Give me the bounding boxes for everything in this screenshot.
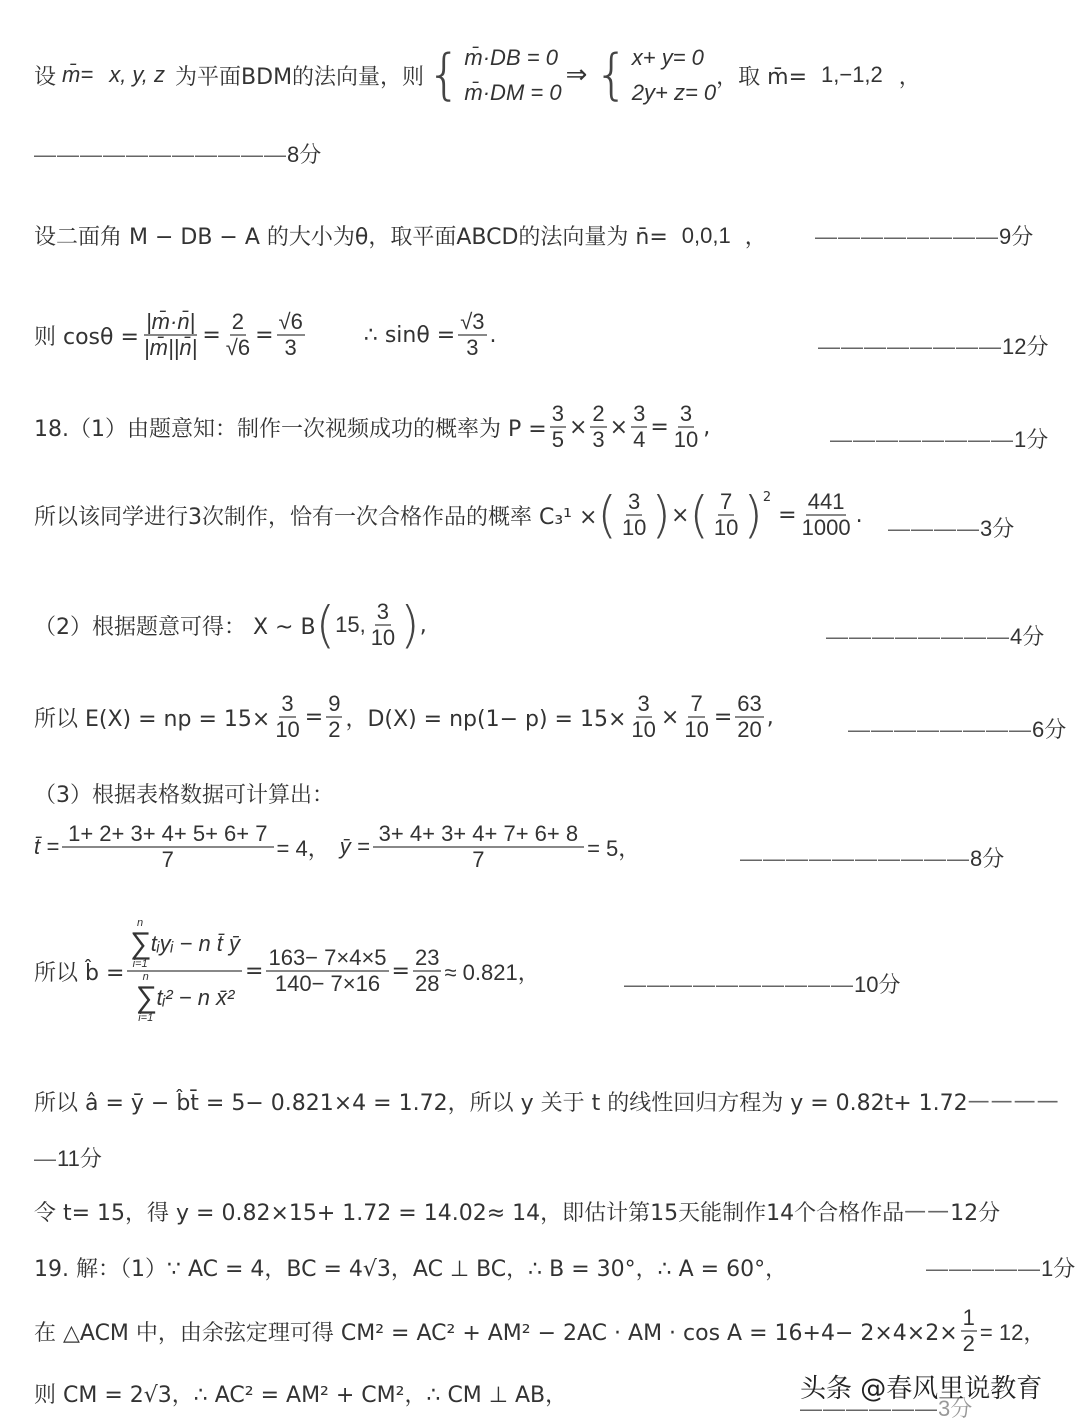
fraction: √33 — [458, 310, 486, 360]
fraction: 1+ 2+ 3+ 4+ 5+ 6+ 77 — [62, 822, 273, 872]
text: ， — [899, 60, 921, 91]
fraction: 310 — [369, 600, 397, 650]
line-q19-cosine-law: 在 △ACM 中，由余弦定理可得 CM² = AC² + AM² − 2AC ·… — [34, 1306, 1045, 1356]
dash-leader: ——————————— — [34, 142, 287, 167]
equation: x+ y= 0 — [632, 40, 716, 75]
score-label: 1分 — [1041, 1256, 1075, 1281]
fraction: |m̄·n̄||m̄||n̄| — [142, 310, 199, 360]
line-q18-expectation: 所以 E(X) = np = 15× 310= 92 ，D(X) = np(1−… — [34, 692, 774, 742]
score-1b: —————1分 — [926, 1252, 1075, 1283]
score-10: ——————————10分 — [624, 968, 900, 999]
fraction: 6320 — [735, 692, 763, 742]
score-6: ————————6分 — [848, 713, 1066, 744]
fraction: 3+ 4+ 3+ 4+ 7+ 6+ 87 — [373, 822, 584, 872]
math: 1,−1,2 — [821, 62, 883, 88]
text: 在 △ACM 中，由余弦定理可得 CM² = AC² + AM² − 2AC ·… — [34, 1316, 958, 1347]
text: ，取 m̄= — [716, 60, 807, 91]
score-label: 8分 — [287, 142, 321, 167]
text: ， — [745, 220, 767, 251]
fraction: 23 — [590, 402, 606, 452]
score-label: 10分 — [854, 972, 900, 997]
score-8: ———————————8分 — [34, 138, 321, 169]
line-cos-theta: 则 cosθ = |m̄·n̄||m̄||n̄| = 2√6 = √63 ∴ s… — [34, 310, 497, 360]
score-label: 3分 — [980, 516, 1014, 541]
score-label: 9分 — [999, 224, 1033, 249]
equation-system-1: m̄·DB = 0 m̄·DM = 0 — [464, 40, 561, 110]
score-4: ————————4分 — [826, 620, 1044, 651]
equation: m̄·DB = 0 — [464, 40, 561, 75]
fraction: 92 — [326, 692, 342, 742]
dash-leader: ———————— — [848, 717, 1032, 742]
fraction: 35 — [550, 402, 566, 452]
text: 19. 解：（1）∵ AC = 4，BC = 4√3，AC ⊥ BC，∴ B =… — [34, 1252, 787, 1283]
fraction: 2√6 — [224, 310, 252, 360]
score-label: 4分 — [1010, 624, 1044, 649]
dash-leader: ———— — [968, 1089, 1060, 1114]
dash-leader: —————————— — [624, 972, 854, 997]
text: 设二面角 M − DB − A 的大小为θ，取平面ABCD的法向量为 n̄= — [34, 220, 668, 251]
equation-system-2: x+ y= 0 2y+ z= 0 — [632, 40, 716, 110]
math: m̄= — [62, 62, 93, 88]
fraction: √63 — [277, 310, 305, 360]
fraction: 310 — [620, 490, 648, 540]
line-q18-means: t̄ = 1+ 2+ 3+ 4+ 5+ 6+ 77 = 4， ȳ = 3+ 4+… — [34, 822, 640, 872]
fraction: 710 — [682, 692, 710, 742]
score-3: ————3分 — [888, 512, 1014, 543]
line-normal-vector-m: 设 m̄= x, y, z 为平面BDM的法向量，则 { m̄·DB = 0 m… — [34, 40, 921, 110]
fraction: 2328 — [413, 946, 441, 996]
score-label: 12分 — [950, 1196, 1000, 1227]
fraction: n∑i=1tᵢyᵢ − n t̄ ȳ n∑i=1tᵢ² − n x̄² — [127, 918, 242, 1024]
text: 设 — [34, 60, 56, 91]
text: ，D(X) = np(1− p) = 15× — [345, 702, 626, 733]
line-dihedral-angle: 设二面角 M − DB − A 的大小为θ，取平面ABCD的法向量为 n̄= 0… — [34, 220, 767, 251]
line-q18-slope: 所以 b̂ = n∑i=1tᵢyᵢ − n t̄ ȳ n∑i=1tᵢ² − n … — [34, 918, 540, 1024]
dash-leader: ———————— — [818, 334, 1002, 359]
score-label: 6分 — [1032, 717, 1066, 742]
line-q19-part1: 19. 解：（1）∵ AC = 4，BC = 4√3，AC ⊥ BC，∴ B =… — [34, 1252, 787, 1283]
dash-leader: — — [34, 1146, 57, 1171]
equation: m̄·DM = 0 — [464, 75, 561, 110]
line-q19-perpendicular: 则 CM = 2√3，∴ AC² = AM² + CM²，∴ CM ⊥ AB， — [34, 1378, 567, 1409]
dash-leader: —————————— — [740, 846, 970, 871]
score-12: ————————12分 — [818, 330, 1048, 361]
fraction: 4411000 — [800, 490, 853, 540]
line-q18-part2: （2）根据题意可得： X ~ B (15,310), — [34, 600, 427, 650]
dash-leader: ————— — [926, 1256, 1041, 1281]
line-q18-intercept: 所以 â = ȳ − b̂t̄ = 5− 0.821×4 = 1.72，所以 y… — [34, 1086, 1060, 1117]
dash-leader: ———————— — [826, 624, 1010, 649]
line-q18-part1: 18.（1）由题意知：制作一次视频成功的概率为 P = 35× 23× 34= … — [34, 402, 710, 452]
line-q18-part3: （3）根据表格数据可计算出： — [34, 778, 334, 809]
text: 所以 b̂ = — [34, 956, 124, 987]
fraction: 310 — [273, 692, 301, 742]
fraction: 710 — [712, 490, 740, 540]
watermark: 头条 @春风里说教育 — [800, 1368, 1042, 1405]
line-q18-probability: 所以该同学进行3次制作，恰有一次合格作品的概率 C₃¹ × (310)× (71… — [34, 490, 863, 540]
math: 0,0,1 — [682, 223, 731, 249]
fraction: 163− 7×4×5140− 7×16 — [266, 946, 388, 996]
text: 18.（1）由题意知：制作一次视频成功的概率为 P = — [34, 412, 547, 443]
score-label: 8分 — [970, 846, 1004, 871]
fraction: 310 — [629, 692, 657, 742]
implies-icon: ⇒ — [566, 60, 588, 90]
score-1: ————————1分 — [830, 423, 1048, 454]
dash-leader: ———————— — [815, 224, 999, 249]
math: x, y, z — [109, 62, 165, 88]
text: （2）根据题意可得： X ~ B — [34, 610, 316, 641]
score-label: 11分 — [57, 1146, 102, 1171]
text: 则 cosθ = — [34, 320, 139, 351]
text: （3）根据表格数据可计算出： — [34, 778, 334, 809]
text: 令 t= 15，得 y = 0.82×15+ 1.72 = 14.02≈ 14，… — [34, 1196, 904, 1227]
dash-leader: ———————— — [830, 427, 1014, 452]
score-11: —11分 — [34, 1142, 102, 1173]
text: 为平面BDM的法向量，则 — [175, 60, 424, 91]
left-brace-icon: { — [594, 48, 628, 102]
score-8b: ——————————8分 — [740, 842, 1004, 873]
fraction: 34 — [631, 402, 647, 452]
score-9: ————————9分 — [815, 220, 1033, 251]
score-label: 1分 — [1014, 427, 1048, 452]
line-q18-prediction: 令 t= 15，得 y = 0.82×15+ 1.72 = 14.02≈ 14，… — [34, 1196, 1000, 1227]
text: 所以该同学进行3次制作，恰有一次合格作品的概率 C₃¹ × — [34, 500, 597, 531]
text: 所以 â = ȳ − b̂t̄ = 5− 0.821×4 = 1.72，所以 y… — [34, 1086, 968, 1117]
dash-leader: ———— — [888, 516, 980, 541]
equation: 2y+ z= 0 — [632, 75, 716, 110]
text: ∴ sinθ = — [364, 323, 455, 348]
left-brace-icon: { — [427, 48, 461, 102]
text: 所以 E(X) = np = 15× — [34, 702, 270, 733]
score-label: 12分 — [1002, 334, 1048, 359]
fraction: 310 — [672, 402, 700, 452]
dash-leader: —— — [904, 1199, 950, 1224]
fraction: 12 — [961, 1306, 977, 1356]
text: 则 CM = 2√3，∴ AC² = AM² + CM²，∴ CM ⊥ AB， — [34, 1378, 567, 1409]
